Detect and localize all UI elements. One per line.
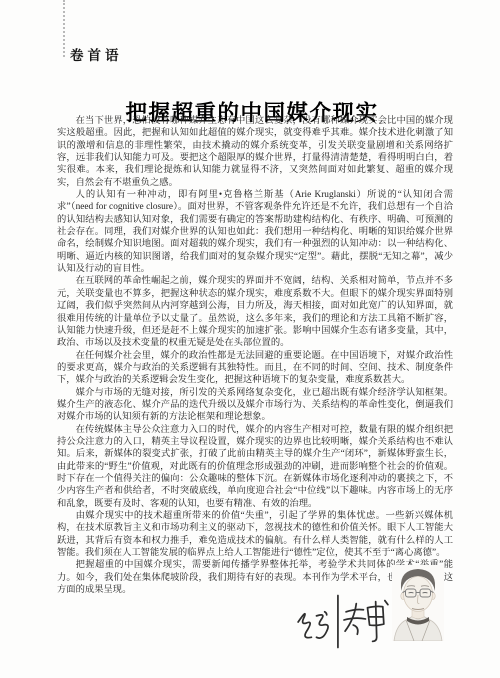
paragraph: 在当下世界，恐怕没有哪种媒介生态有中国这么复杂，没有哪种媒介现实会比中国的媒介现… [57, 115, 453, 189]
article-body: 在当下世界，恐怕没有哪种媒介生态有中国这么复杂，没有哪种媒介现实会比中国的媒介现… [57, 115, 453, 596]
paragraph: 在互联网的革命性崛起之前，媒介现实的界面并不宽阔，结构、关系相对简单，节点并不多… [57, 275, 453, 349]
author-signature [291, 591, 393, 653]
document-page: 卷首语 把握超重的中国媒介现实 在当下世界，恐怕没有哪种媒介生态有中国这么复杂，… [0, 0, 500, 678]
paragraph: 在传统媒体主导公众注意力入口的时代，媒介的内容生产相对可控，数量有限的媒介组织把… [57, 424, 453, 510]
author-photo [392, 565, 444, 641]
paragraph: 人的认知有一种冲动，即有阿里•克鲁格兰斯基（Arie Kruglanski）所说… [57, 189, 453, 275]
paragraph: 在任何媒介社会里，媒介的政治性都是无法回避的重要论题。在中国语境下，对媒介政治性… [57, 350, 453, 387]
paragraph: 由媒介现实中的技术超重所带来的价值“失重”，引起了学界的集体忧虑。一些新兴媒体机… [57, 510, 453, 559]
section-label: 卷首语 [70, 44, 123, 64]
paragraph: 媒介与市场的无缝对接，所引发的关系网络复杂变化，业已超出既有媒介经济学认知框架。… [57, 387, 453, 424]
section-divider-rule [63, 0, 65, 57]
